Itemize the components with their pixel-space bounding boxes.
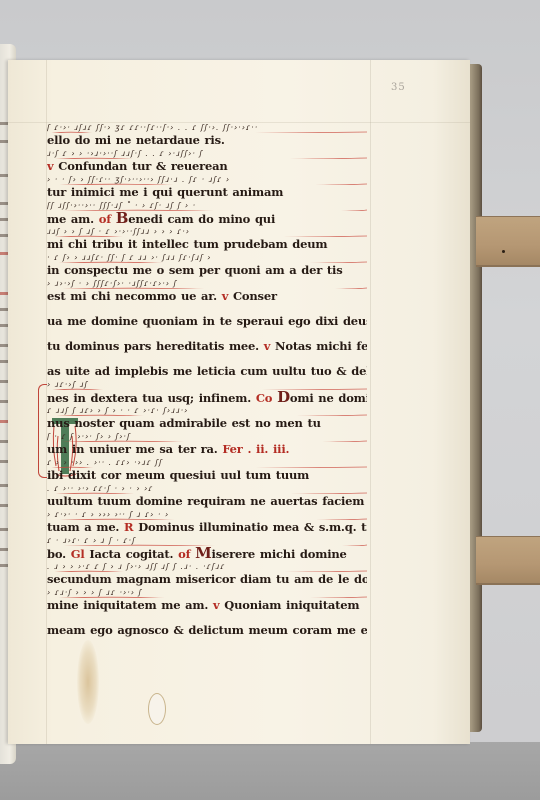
neume-row: ʃʃ ɹʃʃ·›··›·· ʃʃʃ·ɹʃ ˚ · › ɾʃ· ɹʃ ʃ › · — [47, 200, 367, 211]
neume-row: ɾ › › ·›› . ›·· . ɾɾ› ·›ɹɾ ʃʃ — [47, 457, 367, 468]
red-staff-line — [47, 286, 367, 289]
text-line: ua me domine quoniam in te speraui ego d… — [47, 314, 367, 329]
text-line: bo. Gl Iacta cogitat. of Miserere michi … — [47, 546, 367, 561]
text-line: tur inimici me i qui querunt animam — [47, 185, 367, 200]
red-staff-line — [47, 569, 367, 572]
red-staff-line — [47, 130, 367, 133]
stain — [77, 640, 99, 724]
strap-hole — [502, 250, 505, 253]
red-staff-line — [47, 491, 367, 494]
red-staff-line — [47, 182, 367, 185]
initial-letter: D — [277, 390, 290, 405]
neume-row: › ɾ·›· · ɾ › ››› ›·· ʃ ɹ ɾ› · › — [47, 509, 367, 520]
text-line: uultum tuum domine requiram ne auertas f… — [47, 494, 367, 509]
initial-letter: M — [195, 546, 211, 561]
folio-number: 35 — [391, 82, 406, 93]
rubric: Gl — [71, 547, 85, 561]
text-line: tu dominus pars hereditatis mee. v Notas… — [47, 339, 367, 354]
neume-row: ʃ ɾ·›· ɹʃɹɾ ʃʃ·› ʒɾ ɾɾ··ʃɾ··ʃ·› . . ɾ ʃʃ… — [47, 122, 367, 133]
text-line: nes in dextera tua usq; infinem. Co Domi… — [47, 390, 367, 405]
rubric: v — [47, 159, 53, 173]
red-staff-line — [47, 387, 367, 390]
neume-row: › · · ʃ› › ʃʃ·ɾ·· ʒʃ·›··›··› ʃʃɹ·ɹ . ʃɾ … — [47, 174, 367, 185]
text-line: tuam a me. R Dominus illuminatio mea & s… — [47, 520, 367, 535]
rubric: R — [124, 520, 133, 534]
neume-row: · ɾ ʃ› › ɹɹʃɾ· ʃʃ· ʃ ɾ ɹɹ ›· ʃɹɹ ʃɾ·ʃɹʃ … — [47, 252, 367, 263]
red-staff-line — [47, 208, 367, 211]
red-bracket — [38, 384, 47, 478]
neume-row: ɾ ɹɹʃ ʃ ɹɾ› › ʃ › · · ɾ ›·ɾ· ʃ›ɹɹ·› — [47, 405, 367, 416]
rubric: Co — [256, 391, 272, 405]
rubric: v — [264, 339, 270, 353]
neume-row: › ɹɾ·›ʃ ɹʃ — [47, 379, 367, 390]
red-staff-line — [47, 439, 367, 442]
bottom-shadow — [0, 742, 540, 800]
red-staff-line — [47, 595, 367, 598]
rubric: Fer . ii. iii. — [222, 442, 289, 456]
neume-row: › ɾɹ·ʃ › › › ʃ ɹɾ ·›·› ʃ — [47, 587, 367, 598]
red-staff-line — [47, 234, 367, 237]
text-line: mine iniquitatem me am. v Quoniam iniqui… — [47, 598, 367, 613]
red-staff-line — [47, 413, 367, 416]
text-line: secundum magnam misericor diam tu am de … — [47, 572, 367, 587]
parchment-hole — [148, 693, 166, 725]
text-line: meam ego agnosco & delictum meum coram m… — [47, 623, 367, 638]
binding-strap-bottom — [476, 536, 540, 585]
text-line: um in uniuer me sa ter ra. Fer . ii. iii… — [47, 442, 367, 457]
red-staff-line — [47, 260, 367, 263]
text-line: v Confundan tur & reuerean — [47, 159, 367, 174]
rubric: of — [99, 212, 111, 226]
neume-row: › ɹ›·›ʃ · › ʃʃʃɾ·ʃ›· ·ɹʃʃɾ·ɾ›·› ʃ — [47, 278, 367, 289]
neume-row: . ɹ › › ›·ɾ ɾ ʃ › ɹ ʃ›·› ɹʃʃ ɹʃ ʃ .ɹ· . … — [47, 561, 367, 572]
text-line: as uite ad implebis me leticia cum uultu… — [47, 364, 367, 379]
text-line: ibi dixit cor meum quesiui uul tum tuum — [47, 468, 367, 483]
red-staff-line — [47, 543, 367, 546]
neume-row: . ɾ ›·· ›·› ɾɾ·ʃ · › · › ›ɾ — [47, 483, 367, 494]
text-line: ello do mi ne netardaue ris. — [47, 133, 367, 148]
red-staff-line — [47, 156, 367, 159]
text-line: nus noster quam admirabile est no men tu — [47, 416, 367, 431]
text-block: ʃ ɾ·›· ɹʃɹɾ ʃʃ·› ʒɾ ɾɾ··ʃɾ··ʃ·› . . ɾ ʃʃ… — [47, 122, 367, 638]
text-line: in conspectu me o sem per quoni am a der… — [47, 263, 367, 278]
rubric: of — [178, 547, 190, 561]
neume-row: ɹɹʃ › › ʃ ɹʃ · ɾ ›·›··ʃʃɹɹ › › › ɾ·› — [47, 226, 367, 237]
rubric: v — [222, 289, 228, 303]
neume-row: ɾ · ɹ›ɾ· ɾ › ɹ ʃ · ɾ·ʃ — [47, 535, 367, 546]
neume-row: ɹ·ʃ ɾ › › ·›ɹ·›··ʃ ɹɹʃ·ʃ . . ɾ ›·ɹʃʃ›· ʃ — [47, 148, 367, 159]
text-line: est mi chi necommo ue ar. v Conser — [47, 289, 367, 304]
initial-letter: B — [116, 211, 128, 226]
binding-strap-top — [476, 216, 540, 267]
red-staff-line — [47, 517, 367, 520]
red-staff-line — [47, 465, 367, 468]
text-line: mi chi tribu it intellec tum prudebam de… — [47, 237, 367, 252]
rubric: v — [213, 598, 219, 612]
neume-row: ʃ · ɾ ʃ ›·›· ʃ› › ʃ›·ʃ — [47, 431, 367, 442]
text-line: me am. of Benedi cam do mino qui — [47, 211, 367, 226]
